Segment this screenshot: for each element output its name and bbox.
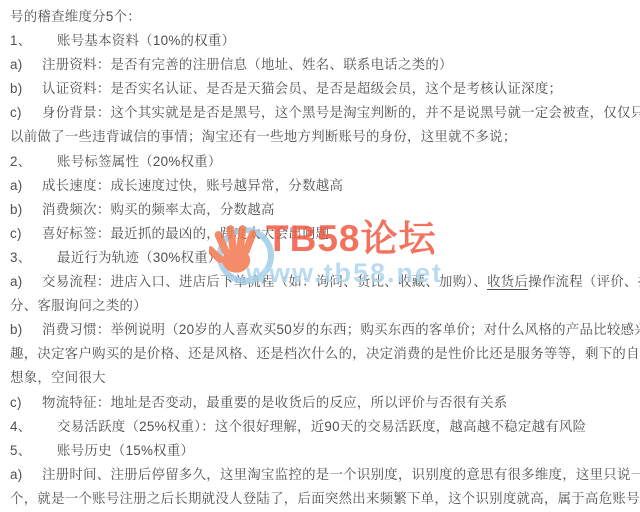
text-line: 1、账号基本资料（10%的权重） [10, 29, 634, 53]
watermark-logo-text: TB58论坛 [266, 222, 436, 256]
text-line: 分、客服询问之类的） [10, 294, 634, 318]
line-text: 想象，空间很大 [10, 370, 106, 385]
line-text: 趣，决定客户购买的是价格、还是风格、还是档次什么的，决定消费的是性价比还是服务等… [10, 346, 640, 361]
line-text: 消费频次：购买的频率太高，分数越高 [42, 202, 275, 217]
text-line: 号的稽查维度分5个： [10, 5, 634, 29]
line-text: 交易活跃度（25%权重）：这个很好理解，近90天的交易活跃度，越高越不稳定越有风… [57, 419, 586, 434]
line-text: 个，就是一个账号注册之后长期就没人登陆了，后面突然出来频繁下单，这个识别度就高，… [10, 491, 640, 506]
line-text: 账号标签属性（20%权重） [57, 154, 222, 169]
line-text: 号的稽查维度分5个： [10, 9, 141, 24]
text-line: c)物流特征：地址是否变动，最重要的是收货后的反应，所以评价与否很有关系 [10, 391, 634, 415]
document-page: 号的稽查维度分5个：1、账号基本资料（10%的权重）a)注册资料：是否有完善的注… [0, 0, 640, 512]
text-line: b)认证资料：是否实名认证、是否是天猫会员、是否是超级会员，这个是考核认证深度； [10, 77, 634, 101]
line-marker: 3、 [10, 246, 57, 270]
line-text: 注册资料：是否有完善的注册信息（地址、姓名、联系电话之类的） [42, 57, 453, 72]
text-line: 趣，决定客户购买的是价格、还是风格、还是档次什么的，决定消费的是性价比还是服务等… [10, 342, 634, 366]
text-line: 4、交易活跃度（25%权重）：这个很好理解，近90天的交易活跃度，越高越不稳定越… [10, 415, 634, 439]
line-marker: a) [10, 174, 42, 198]
line-marker: c) [10, 101, 42, 125]
text-line: 以前做了一些违背诚信的事情；淘宝还有一些地方判断账号的身份，这里就不多说； [10, 125, 634, 149]
text-line: c)身份背景：这个其实就是是否是黑号，这个黑号是淘宝判断的，并不是说黑号就一定会… [10, 101, 634, 125]
line-marker: 1、 [10, 29, 57, 53]
line-marker: a) [10, 53, 42, 77]
line-text: 操作流程（评价、打 [528, 274, 640, 289]
line-text: 账号基本资料（10%的权重） [57, 33, 235, 48]
text-line: b)消费习惯：举例说明（20岁的人喜欢买50岁的东西；购买东西的客单价；对什么风… [10, 318, 634, 342]
line-marker: a) [10, 463, 42, 487]
line-marker: c) [10, 222, 42, 246]
text-line: 想象，空间很大 [10, 366, 634, 390]
line-text: 认证资料：是否实名认证、是否是天猫会员、是否是超级会员，这个是考核认证深度； [42, 81, 562, 96]
line-marker: b) [10, 77, 42, 101]
text-line: a)注册资料：是否有完善的注册信息（地址、姓名、联系电话之类的） [10, 53, 634, 77]
line-marker: b) [10, 198, 42, 222]
line-marker: c) [10, 391, 42, 415]
line-text: 物流特征：地址是否变动，最重要的是收货后的反应，所以评价与否很有关系 [42, 395, 507, 410]
line-text: 注册时间、注册后停留多久，这里淘宝监控的是一个识别度，识别度的意思有很多维度，这… [42, 467, 640, 482]
line-text: 分、客服询问之类的） [10, 298, 147, 313]
text-line: a)成长速度：成长速度过快，账号越异常，分数越高 [10, 174, 634, 198]
line-text: 成长速度：成长速度过快，账号越异常，分数越高 [42, 178, 343, 193]
text-line: 5、账号历史（15%权重） [10, 439, 634, 463]
line-marker: 5、 [10, 439, 57, 463]
line-text: 最近行为轨迹（30%权重） [57, 250, 222, 265]
watermark: TB58论坛 www.tb58.net [205, 218, 441, 290]
text-line: 2、账号标签属性（20%权重） [10, 150, 634, 174]
text-line: 个，就是一个账号注册之后长期就没人登陆了，后面突然出来频繁下单，这个识别度就高，… [10, 487, 634, 511]
line-text: 账号历史（15%权重） [57, 443, 194, 458]
line-marker: a) [10, 270, 42, 294]
line-text: 身份背景：这个其实就是是否是黑号，这个黑号是淘宝判断的，并不是说黑号就一定会被查… [42, 105, 640, 120]
watermark-url-text: www.tb58.net [246, 260, 443, 286]
line-marker: b) [10, 318, 42, 342]
underlined-text: 收货后 [487, 274, 528, 289]
line-text: 消费习惯：举例说明（20岁的人喜欢买50岁的东西；购买东西的客单价；对什么风格的… [42, 322, 640, 337]
line-marker: 4、 [10, 415, 57, 439]
line-text: 以前做了一些违背诚信的事情；淘宝还有一些地方判断账号的身份，这里就不多说； [10, 129, 517, 144]
text-line: a)注册时间、注册后停留多久，这里淘宝监控的是一个识别度，识别度的意思有很多维度… [10, 463, 634, 487]
line-marker: 2、 [10, 150, 57, 174]
